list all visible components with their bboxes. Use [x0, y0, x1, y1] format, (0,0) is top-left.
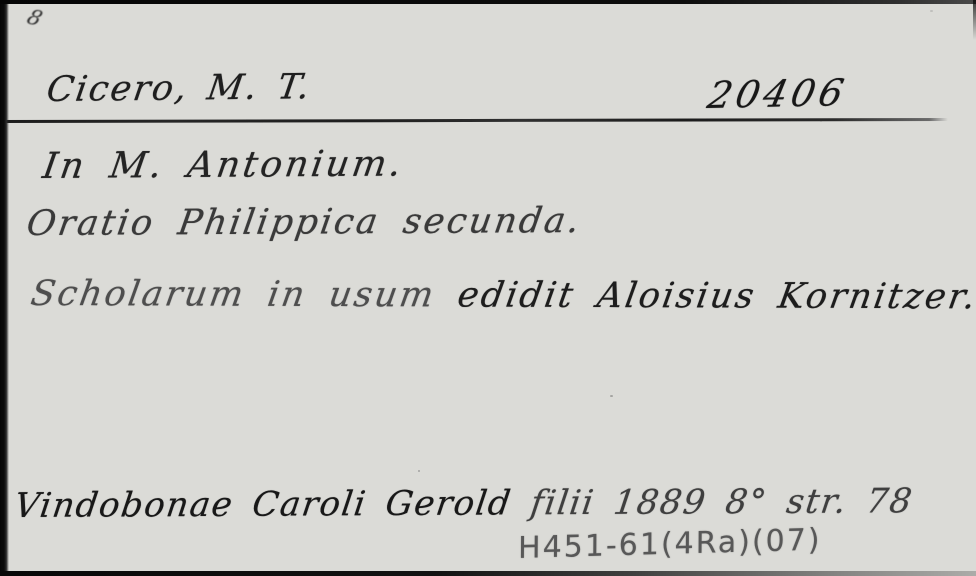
imprint-line: Vindobonae Caroli Gerold filii 1889 8° s…: [12, 481, 916, 526]
catalog-card: 8 Cicero, M. T. 20406 In M. Antonium. Or…: [0, 0, 976, 576]
paper-speck: [418, 470, 420, 472]
author-heading: Cicero, M. T.: [44, 67, 314, 110]
ruled-separator-line: [0, 118, 948, 123]
dedication-line: In M. Antonium.: [40, 143, 407, 187]
imprint-place-publisher: Vindobonae Caroli Gerold: [12, 483, 534, 526]
imprint-year-format-pages: filii 1889 8° str. 78: [528, 481, 915, 523]
editor-line-name: edidit Aloisius Kornitzer.: [455, 275, 976, 317]
corner-ink-mark: 8: [24, 5, 46, 31]
editor-line: Scholarum in usum edidit Aloisius Kornit…: [28, 274, 976, 317]
paper-speck: [610, 395, 613, 397]
title-line: Oratio Philippica secunda.: [24, 201, 584, 244]
accession-number: 20406: [704, 71, 851, 117]
editor-line-usum: Scholarum in usum: [28, 274, 461, 315]
paper-speck: [930, 10, 933, 12]
scan-edge-top: [0, 0, 976, 4]
scan-edge-left: [0, 0, 9, 576]
scan-edge-bottom: [0, 571, 976, 576]
shelfmark-pencil-note: H451-61(4Ra)(07): [518, 523, 822, 566]
